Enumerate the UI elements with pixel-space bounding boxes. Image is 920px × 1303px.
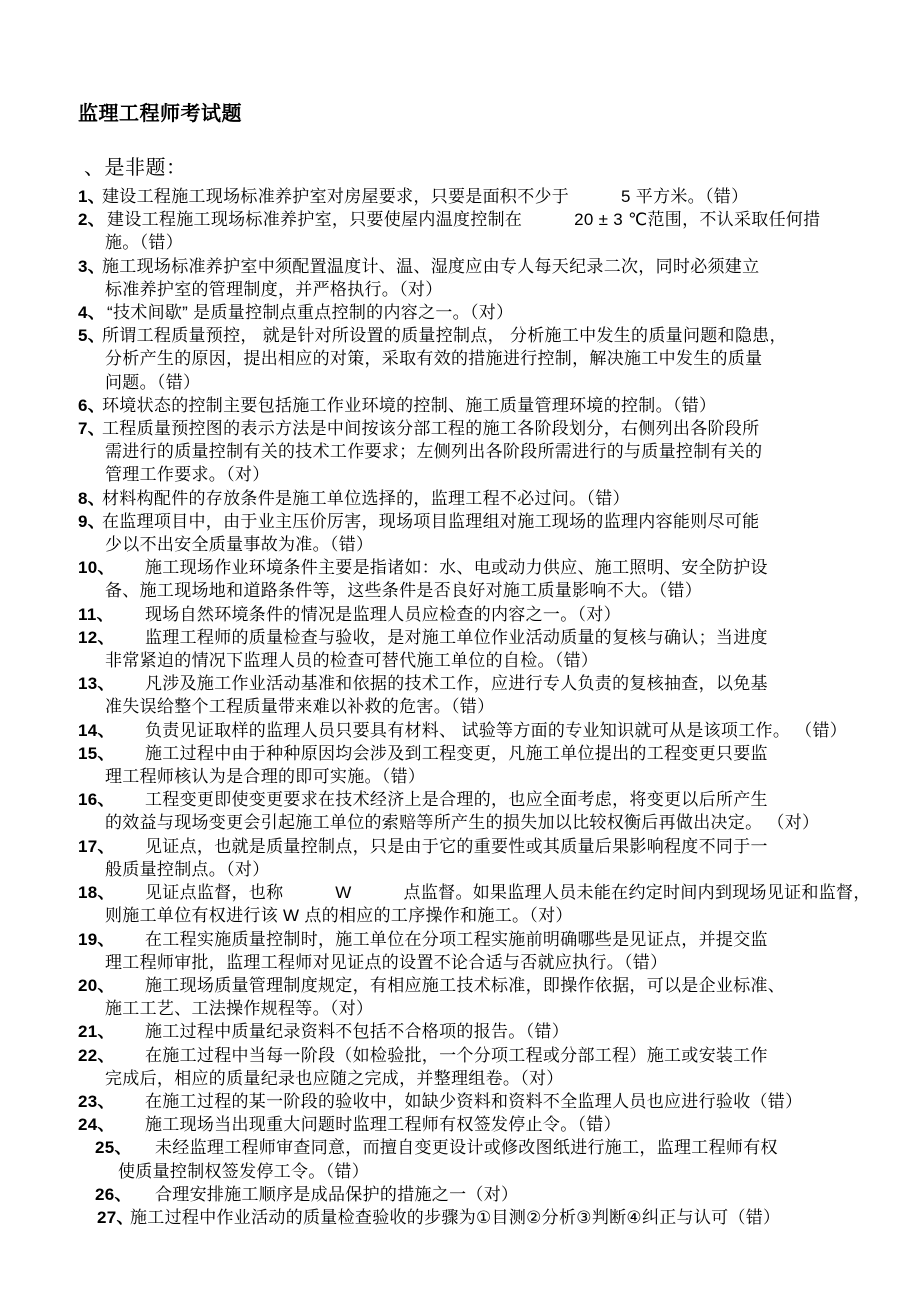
question-number: 3、	[78, 255, 102, 278]
question-item: 19、在工程实施质量控制时，施工单位在分项工程实施前明确哪些是见证点，并提交监理…	[0, 928, 920, 974]
question-line-continuation: 标准养护室的管理制度，并严格执行。（对）	[105, 278, 920, 301]
question-item: 11、现场自然环境条件的情况是监理人员应检查的内容之一。（对）	[0, 603, 920, 626]
question-line-first: 27、施工过程中作业活动的质量检查验收的步骤为①目测②分析③判断④纠正与认可（错…	[97, 1206, 920, 1229]
question-text: “技术间歇” 是质量控制点重点控制的内容之一。（对）	[102, 303, 513, 322]
question-number: 22、	[78, 1044, 145, 1067]
question-item: 18、见证点监督，也称 W 点监督。如果监理人员未能在约定时间内到现场见证和监督…	[0, 881, 920, 927]
question-text: 环境状态的控制主要包括施工作业环境的控制、施工质量管理环境的控制。（错）	[102, 396, 716, 415]
question-item: 9、在监理项目中，由于业主压价厉害，现场项目监理组对施工现场的监理内容能则尽可能…	[0, 510, 920, 556]
question-line-first: 23、在施工过程的某一阶段的验收中，如缺少资料和资料不全监理人员也应进行验收（错…	[78, 1090, 920, 1113]
question-item: 3、施工现场标准养护室中须配置温度计、温、湿度应由专人每天纪录二次，同时必须建立…	[0, 255, 920, 301]
question-item: 7、工程质量预控图的表示方法是中间按该分部工程的施工各阶段划分，右侧列出各阶段所…	[0, 417, 920, 487]
question-item: 17、见证点，也就是质量控制点，只是由于它的重要性或其质量后果影响程度不同于一般…	[0, 835, 920, 881]
question-number: 9、	[78, 510, 102, 533]
question-item: 10、施工现场作业环境条件主要是指诸如：水、电或动力供应、施工照明、安全防护设备…	[0, 556, 920, 602]
question-item: 4、 “技术间歇” 是质量控制点重点控制的内容之一。（对）	[0, 301, 920, 324]
question-line-first: 22、在施工过程中当每一阶段（如检验批，一个分项工程或分部工程）施工或安装工作	[78, 1044, 920, 1067]
question-line-first: 4、 “技术间歇” 是质量控制点重点控制的内容之一。（对）	[78, 301, 920, 324]
question-item: 1、建设工程施工现场标准养护室对房屋要求，只要是面积不少于 5 平方米。（错）	[0, 185, 920, 208]
question-number: 8、	[78, 487, 102, 510]
question-line-continuation: 施。（错）	[105, 231, 920, 254]
question-text: 施工现场标准养护室中须配置温度计、温、湿度应由专人每天纪录二次，同时必须建立	[102, 257, 759, 276]
question-text: 工程变更即使变更要求在技术经济上是合理的，也应全面考虑，将变更以后所产生	[145, 790, 768, 809]
question-item: 20、施工现场质量管理制度规定，有相应施工技术标准，即操作依据，可以是企业标准、…	[0, 974, 920, 1020]
question-line-first: 12、监理工程师的质量检查与验收，是对施工单位作业活动质量的复核与确认；当进度	[78, 626, 920, 649]
question-text: 在监理项目中，由于业主压价厉害，现场项目监理组对施工现场的监理内容能则尽可能	[102, 512, 759, 531]
question-line-first: 19、在工程实施质量控制时，施工单位在分项工程实施前明确哪些是见证点，并提交监	[78, 928, 920, 951]
question-line-continuation: 理工程师核认为是合理的即可实施。（错）	[105, 765, 920, 788]
question-line-continuation: 使质量控制权签发停工令。（错）	[118, 1160, 920, 1183]
question-item: 14、负责见证取样的监理人员只要具有材料、 试验等方面的专业知识就可从是该项工作…	[0, 719, 920, 742]
question-number: 19、	[78, 928, 145, 951]
question-item: 2、 建设工程施工现场标准养护室，只要使屋内温度控制在 20 ± 3 ℃范围，不…	[0, 208, 920, 254]
question-item: 25、未经监理工程师审查同意，而擅自变更设计或修改图纸进行施工，监理工程师有权使…	[0, 1136, 920, 1182]
question-number: 5、	[78, 324, 102, 347]
question-item: 27、施工过程中作业活动的质量检查验收的步骤为①目测②分析③判断④纠正与认可（错…	[0, 1206, 920, 1229]
question-number: 12、	[78, 626, 145, 649]
question-line-first: 5、所谓工程质量预控， 就是针对所设置的质量控制点， 分析施工中发生的质量问题和…	[78, 324, 920, 347]
question-number: 2、	[78, 208, 102, 231]
question-number: 16、	[78, 788, 145, 811]
question-text: 建设工程施工现场标准养护室对房屋要求，只要是面积不少于 5 平方米。（错）	[102, 187, 748, 206]
question-line-first: 10、施工现场作业环境条件主要是指诸如：水、电或动力供应、施工照明、安全防护设	[78, 556, 920, 579]
question-text: 未经监理工程师审查同意，而擅自变更设计或修改图纸进行施工，监理工程师有权	[155, 1138, 778, 1157]
question-number: 1、	[78, 185, 102, 208]
question-line-first: 20、施工现场质量管理制度规定，有相应施工技术标准，即操作依据，可以是企业标准、	[78, 974, 920, 997]
question-text: 施工现场质量管理制度规定，有相应施工技术标准，即操作依据，可以是企业标准、	[145, 976, 785, 995]
question-item: 22、在施工过程中当每一阶段（如检验批，一个分项工程或分部工程）施工或安装工作完…	[0, 1044, 920, 1090]
question-item: 24、施工现场当出现重大问题时监理工程师有权签发停止令。（错）	[0, 1113, 920, 1136]
question-text: 建设工程施工现场标准养护室，只要使屋内温度控制在 20 ± 3 ℃范围，不认采取…	[102, 210, 820, 229]
question-line-continuation: 需进行的质量控制有关的技术工作要求；左侧列出各阶段所需进行的与质量控制有关的	[105, 440, 920, 463]
question-list: 1、建设工程施工现场标准养护室对房屋要求，只要是面积不少于 5 平方米。（错）2…	[0, 185, 920, 1229]
question-line-first: 24、施工现场当出现重大问题时监理工程师有权签发停止令。（错）	[78, 1113, 920, 1136]
question-line-continuation: 少以不出安全质量事故为准。（错）	[105, 533, 920, 556]
question-text: 工程质量预控图的表示方法是中间按该分部工程的施工各阶段划分，右侧列出各阶段所	[102, 419, 759, 438]
question-line-continuation: 分析产生的原因，提出相应的对策，采取有效的措施进行控制，解决施工中发生的质量	[105, 347, 920, 370]
question-number: 27、	[97, 1206, 130, 1229]
question-item: 21、施工过程中质量纪录资料不包括不合格项的报告。（错）	[0, 1020, 920, 1043]
question-number: 17、	[78, 835, 145, 858]
question-line-continuation: 则施工单位有权进行该 W 点的相应的工序操作和施工。（对）	[105, 904, 920, 927]
question-text: 负责见证取样的监理人员只要具有材料、 试验等方面的专业知识就可从是该项工作。 （…	[145, 721, 847, 740]
question-item: 8、材料构配件的存放条件是施工单位选择的，监理工程不必过问。（错）	[0, 487, 920, 510]
question-item: 13、凡涉及施工作业活动基准和依据的技术工作，应进行专人负责的复核抽查，以免基准…	[0, 672, 920, 718]
question-item: 5、所谓工程质量预控， 就是针对所设置的质量控制点， 分析施工中发生的质量问题和…	[0, 324, 920, 394]
question-number: 21、	[78, 1020, 145, 1043]
question-item: 12、监理工程师的质量检查与验收，是对施工单位作业活动质量的复核与确认；当进度非…	[0, 626, 920, 672]
question-number: 18、	[78, 881, 145, 904]
question-number: 13、	[78, 672, 145, 695]
question-number: 11、	[78, 603, 145, 626]
question-number: 26、	[95, 1183, 155, 1206]
question-text: 在施工过程中当每一阶段（如检验批，一个分项工程或分部工程）施工或安装工作	[145, 1046, 768, 1065]
question-text: 现场自然环境条件的情况是监理人员应检查的内容之一。（对）	[145, 605, 621, 624]
question-line-first: 25、未经监理工程师审查同意，而擅自变更设计或修改图纸进行施工，监理工程师有权	[95, 1136, 920, 1159]
question-line-first: 3、施工现场标准养护室中须配置温度计、温、湿度应由专人每天纪录二次，同时必须建立	[78, 255, 920, 278]
question-line-continuation: 施工工艺、工法操作规程等。（对）	[105, 997, 920, 1020]
question-text: 在施工过程的某一阶段的验收中，如缺少资料和资料不全监理人员也应进行验收（错）	[145, 1092, 802, 1111]
question-line-continuation: 问题。（错）	[105, 371, 920, 394]
question-line-continuation: 备、施工现场地和道路条件等，这些条件是否良好对施工质量影响不大。（错）	[105, 579, 920, 602]
question-line-continuation: 完成后，相应的质量纪录也应随之完成，并整理组卷。（对）	[105, 1067, 920, 1090]
section-heading: 、是非题：	[84, 155, 920, 181]
question-line-first: 6、环境状态的控制主要包括施工作业环境的控制、施工质量管理环境的控制。（错）	[78, 394, 920, 417]
question-number: 10、	[78, 556, 145, 579]
document-title: 监理工程师考试题	[78, 101, 920, 128]
question-text: 凡涉及施工作业活动基准和依据的技术工作，应进行专人负责的复核抽查，以免基	[145, 674, 768, 693]
question-line-first: 17、见证点，也就是质量控制点，只是由于它的重要性或其质量后果影响程度不同于一	[78, 835, 920, 858]
question-line-continuation: 理工程师审批，监理工程师对见证点的设置不论合适与否就应执行。（错）	[105, 951, 920, 974]
question-number: 25、	[95, 1136, 155, 1159]
question-text: 监理工程师的质量检查与验收，是对施工单位作业活动质量的复核与确认；当进度	[145, 628, 768, 647]
question-line-continuation: 非常紧迫的情况下监理人员的检查可替代施工单位的自检。（错）	[105, 649, 920, 672]
question-text: 合理安排施工顺序是成品保护的措施之一（对）	[155, 1185, 518, 1204]
question-item: 23、在施工过程的某一阶段的验收中，如缺少资料和资料不全监理人员也应进行验收（错…	[0, 1090, 920, 1113]
question-text: 见证点，也就是质量控制点，只是由于它的重要性或其质量后果影响程度不同于一	[145, 837, 768, 856]
question-line-first: 16、工程变更即使变更要求在技术经济上是合理的，也应全面考虑，将变更以后所产生	[78, 788, 920, 811]
question-number: 23、	[78, 1090, 145, 1113]
question-text: 见证点监督，也称 W 点监督。如果监理人员未能在约定时间内到现场见证和监督，	[145, 883, 871, 902]
question-number: 15、	[78, 742, 145, 765]
question-text: 施工过程中由于种种原因均会涉及到工程变更，凡施工单位提出的工程变更只要监	[145, 744, 768, 763]
question-line-first: 2、 建设工程施工现场标准养护室，只要使屋内温度控制在 20 ± 3 ℃范围，不…	[78, 208, 920, 231]
question-line-first: 7、工程质量预控图的表示方法是中间按该分部工程的施工各阶段划分，右侧列出各阶段所	[78, 417, 920, 440]
question-line-first: 18、见证点监督，也称 W 点监督。如果监理人员未能在约定时间内到现场见证和监督…	[78, 881, 920, 904]
question-text: 施工过程中质量纪录资料不包括不合格项的报告。（错）	[145, 1022, 569, 1041]
question-text: 施工现场当出现重大问题时监理工程师有权签发停止令。（错）	[145, 1115, 621, 1134]
question-number: 20、	[78, 974, 145, 997]
question-line-first: 11、现场自然环境条件的情况是监理人员应检查的内容之一。（对）	[78, 603, 920, 626]
question-line-first: 1、建设工程施工现场标准养护室对房屋要求，只要是面积不少于 5 平方米。（错）	[78, 185, 920, 208]
question-line-first: 26、合理安排施工顺序是成品保护的措施之一（对）	[95, 1183, 920, 1206]
question-line-continuation: 般质量控制点。（对）	[105, 858, 920, 881]
question-text: 施工过程中作业活动的质量检查验收的步骤为①目测②分析③判断④纠正与认可（错）	[130, 1208, 780, 1227]
question-number: 4、	[78, 301, 102, 324]
question-number: 6、	[78, 394, 102, 417]
question-text: 材料构配件的存放条件是施工单位选择的，监理工程不必过问。（错）	[102, 489, 630, 508]
question-line-first: 15、施工过程中由于种种原因均会涉及到工程变更，凡施工单位提出的工程变更只要监	[78, 742, 920, 765]
question-item: 6、环境状态的控制主要包括施工作业环境的控制、施工质量管理环境的控制。（错）	[0, 394, 920, 417]
question-line-first: 21、施工过程中质量纪录资料不包括不合格项的报告。（错）	[78, 1020, 920, 1043]
question-line-first: 8、材料构配件的存放条件是施工单位选择的，监理工程不必过问。（错）	[78, 487, 920, 510]
question-line-first: 14、负责见证取样的监理人员只要具有材料、 试验等方面的专业知识就可从是该项工作…	[78, 719, 920, 742]
question-number: 24、	[78, 1113, 145, 1136]
question-item: 15、施工过程中由于种种原因均会涉及到工程变更，凡施工单位提出的工程变更只要监理…	[0, 742, 920, 788]
question-line-first: 9、在监理项目中，由于业主压价厉害，现场项目监理组对施工现场的监理内容能则尽可能	[78, 510, 920, 533]
question-line-continuation: 的效益与现场变更会引起施工单位的索赔等所产生的损失加以比较权衡后再做出决定。 （…	[105, 811, 920, 834]
question-number: 14、	[78, 719, 145, 742]
question-line-continuation: 管理工作要求。（对）	[105, 463, 920, 486]
question-item: 26、合理安排施工顺序是成品保护的措施之一（对）	[0, 1183, 920, 1206]
question-number: 7、	[78, 417, 102, 440]
document-page: 监理工程师考试题 、是非题： 1、建设工程施工现场标准养护室对房屋要求，只要是面…	[0, 0, 920, 1303]
question-item: 16、工程变更即使变更要求在技术经济上是合理的，也应全面考虑，将变更以后所产生的…	[0, 788, 920, 834]
question-text: 所谓工程质量预控， 就是针对所设置的质量控制点， 分析施工中发生的质量问题和隐患…	[102, 326, 787, 345]
question-text: 施工现场作业环境条件主要是指诸如：水、电或动力供应、施工照明、安全防护设	[145, 558, 768, 577]
question-line-continuation: 准失误给整个工程质量带来难以补救的危害。（错）	[105, 695, 920, 718]
question-text: 在工程实施质量控制时，施工单位在分项工程实施前明确哪些是见证点，并提交监	[145, 930, 768, 949]
question-line-first: 13、凡涉及施工作业活动基准和依据的技术工作，应进行专人负责的复核抽查，以免基	[78, 672, 920, 695]
